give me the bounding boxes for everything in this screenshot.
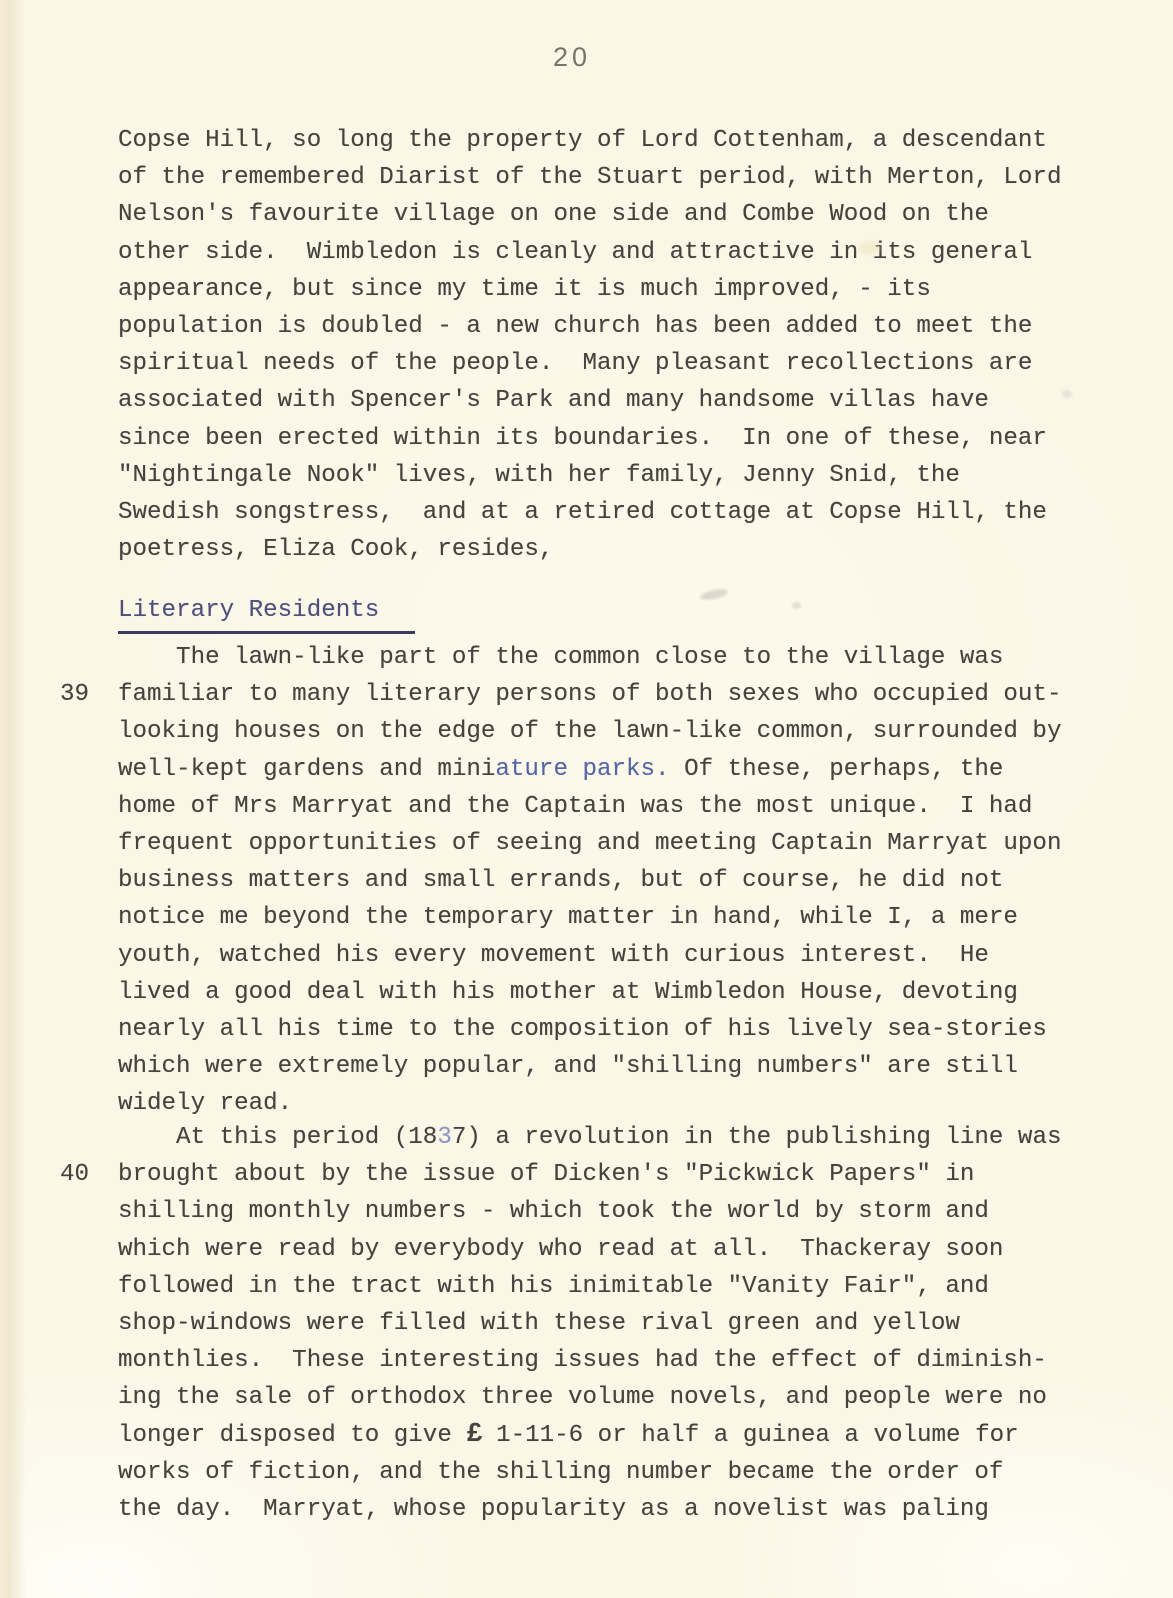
text-line: business matters and small errands, but …: [118, 862, 1061, 899]
text-line: which were extremely popular, and "shill…: [118, 1048, 1061, 1085]
typed-text: widely read.: [118, 1090, 292, 1117]
typed-text: frequent opportunities of seeing and mee…: [118, 830, 1061, 857]
typed-text: poetress, Eliza Cook, resides,: [118, 536, 553, 563]
typed-text: 1-11-6 or half a guinea a volume for: [482, 1422, 1019, 1449]
paragraph-copse-hill: Copse Hill, so long the property of Lord…: [118, 122, 1061, 568]
typed-text: appearance, but since my time it is much…: [118, 276, 931, 303]
typed-text: which were extremely popular, and "shill…: [118, 1053, 1018, 1080]
text-line: home of Mrs Marryat and the Captain was …: [118, 788, 1061, 825]
typed-text: well-kept gardens and mini: [118, 756, 495, 783]
typed-text: notice me beyond the temporary matter in…: [118, 904, 1018, 931]
typed-text: shilling monthly numbers - which took th…: [118, 1198, 989, 1225]
typed-text: longer disposed to give: [118, 1422, 466, 1449]
paper-left-edge: [0, 0, 26, 1598]
typed-text: nearly all his time to the composition o…: [118, 1016, 1047, 1043]
text-line: widely read.: [118, 1085, 1061, 1122]
text-line: poetress, Eliza Cook, resides,: [118, 531, 1061, 568]
overtyped-text: ature parks.: [495, 756, 669, 783]
typed-text: shop-windows were filled with these riva…: [118, 1310, 960, 1337]
typed-text: which were read by everybody who read at…: [118, 1236, 1003, 1263]
text-line: The lawn-like part of the common close t…: [118, 639, 1061, 676]
typed-text: Copse Hill, so long the property of Lord…: [118, 127, 1047, 154]
text-line: Swedish songstress, and at a retired cot…: [118, 494, 1061, 531]
typed-text: business matters and small errands, but …: [118, 867, 1003, 894]
paper-smudge: [699, 587, 728, 602]
typed-text: since been erected within its boundaries…: [118, 425, 1047, 452]
text-line: shop-windows were filled with these riva…: [118, 1305, 1061, 1342]
typed-text: monthlies. These interesting issues had …: [118, 1347, 1047, 1374]
text-line: population is doubled - a new church has…: [118, 308, 1061, 345]
text-line: 39familiar to many literary persons of b…: [118, 676, 1061, 713]
typed-text: brought about by the issue of Dicken's "…: [118, 1161, 974, 1188]
typed-text: Nelson's favourite village on one side a…: [118, 201, 989, 228]
text-line: "Nightingale Nook" lives, with her famil…: [118, 457, 1061, 494]
typed-text: "Nightingale Nook" lives, with her famil…: [118, 462, 960, 489]
typed-text: home of Mrs Marryat and the Captain was …: [118, 793, 1032, 820]
typed-text: other side. Wimbledon is cleanly and att…: [118, 239, 1032, 266]
text-line: followed in the tract with his inimitabl…: [118, 1268, 1061, 1305]
text-line: of the remembered Diarist of the Stuart …: [118, 159, 1061, 196]
typed-text: familiar to many literary persons of bot…: [118, 681, 1061, 708]
text-line: 40brought about by the issue of Dicken's…: [118, 1156, 1061, 1193]
typed-text: ing the sale of orthodox three volume no…: [118, 1384, 1047, 1411]
paragraph-publishing-revolution: At this period (1837) a revolution in th…: [118, 1119, 1061, 1528]
text-line: which were read by everybody who read at…: [118, 1231, 1061, 1268]
page-number: 20: [541, 42, 603, 73]
text-line: youth, watched his every movement with c…: [118, 937, 1061, 974]
typed-text: 7) a revolution in the publishing line w…: [452, 1124, 1062, 1151]
text-line: Copse Hill, so long the property of Lord…: [118, 122, 1061, 159]
text-line: shilling monthly numbers - which took th…: [118, 1193, 1061, 1230]
typed-text: followed in the tract with his inimitabl…: [118, 1273, 989, 1300]
typed-text: spiritual needs of the people. Many plea…: [118, 350, 1032, 377]
margin-number: 39: [60, 676, 110, 713]
text-line: works of fiction, and the shilling numbe…: [118, 1454, 1061, 1491]
typed-text: youth, watched his every movement with c…: [118, 942, 989, 969]
section-heading: Literary Residents: [118, 596, 415, 634]
typed-text: At this period (18: [118, 1124, 437, 1151]
text-line: longer disposed to give £ 1-11-6 or half…: [118, 1417, 1061, 1454]
paper-speck: [792, 602, 801, 609]
text-line: At this period (1837) a revolution in th…: [118, 1119, 1061, 1156]
typed-text: lived a good deal with his mother at Wim…: [118, 979, 1018, 1006]
overtyped-text: 3: [437, 1124, 452, 1151]
typed-text: Of these, perhaps, the: [670, 756, 1004, 783]
text-line: frequent opportunities of seeing and mee…: [118, 825, 1061, 862]
typed-text: looking houses on the edge of the lawn-l…: [118, 718, 1061, 745]
text-line: other side. Wimbledon is cleanly and att…: [118, 234, 1061, 271]
text-line: Nelson's favourite village on one side a…: [118, 196, 1061, 233]
text-line: nearly all his time to the composition o…: [118, 1011, 1061, 1048]
typed-text: works of fiction, and the shilling numbe…: [118, 1459, 1003, 1486]
text-line: ing the sale of orthodox three volume no…: [118, 1379, 1061, 1416]
text-line: looking houses on the edge of the lawn-l…: [118, 713, 1061, 750]
text-line: spiritual needs of the people. Many plea…: [118, 345, 1061, 382]
paragraph-literary-residents: The lawn-like part of the common close t…: [118, 639, 1061, 1122]
typed-text: Swedish songstress, and at a retired cot…: [118, 499, 1047, 526]
text-line: the day. Marryat, whose popularity as a …: [118, 1491, 1061, 1528]
typed-text: the day. Marryat, whose popularity as a …: [118, 1496, 989, 1523]
typed-text: associated with Spencer's Park and many …: [118, 387, 989, 414]
overtyped-text: £: [466, 1420, 481, 1450]
text-line: monthlies. These interesting issues had …: [118, 1342, 1061, 1379]
typed-text: population is doubled - a new church has…: [118, 313, 1032, 340]
text-line: associated with Spencer's Park and many …: [118, 382, 1061, 419]
text-line: appearance, but since my time it is much…: [118, 271, 1061, 308]
margin-number: 40: [60, 1156, 110, 1193]
typed-text: of the remembered Diarist of the Stuart …: [118, 164, 1061, 191]
text-line: well-kept gardens and miniature parks. O…: [118, 751, 1061, 788]
text-line: since been erected within its boundaries…: [118, 420, 1061, 457]
text-line: lived a good deal with his mother at Wim…: [118, 974, 1061, 1011]
typed-text: The lawn-like part of the common close t…: [118, 644, 1003, 671]
text-line: notice me beyond the temporary matter in…: [118, 899, 1061, 936]
paper-speck: [1062, 390, 1072, 398]
